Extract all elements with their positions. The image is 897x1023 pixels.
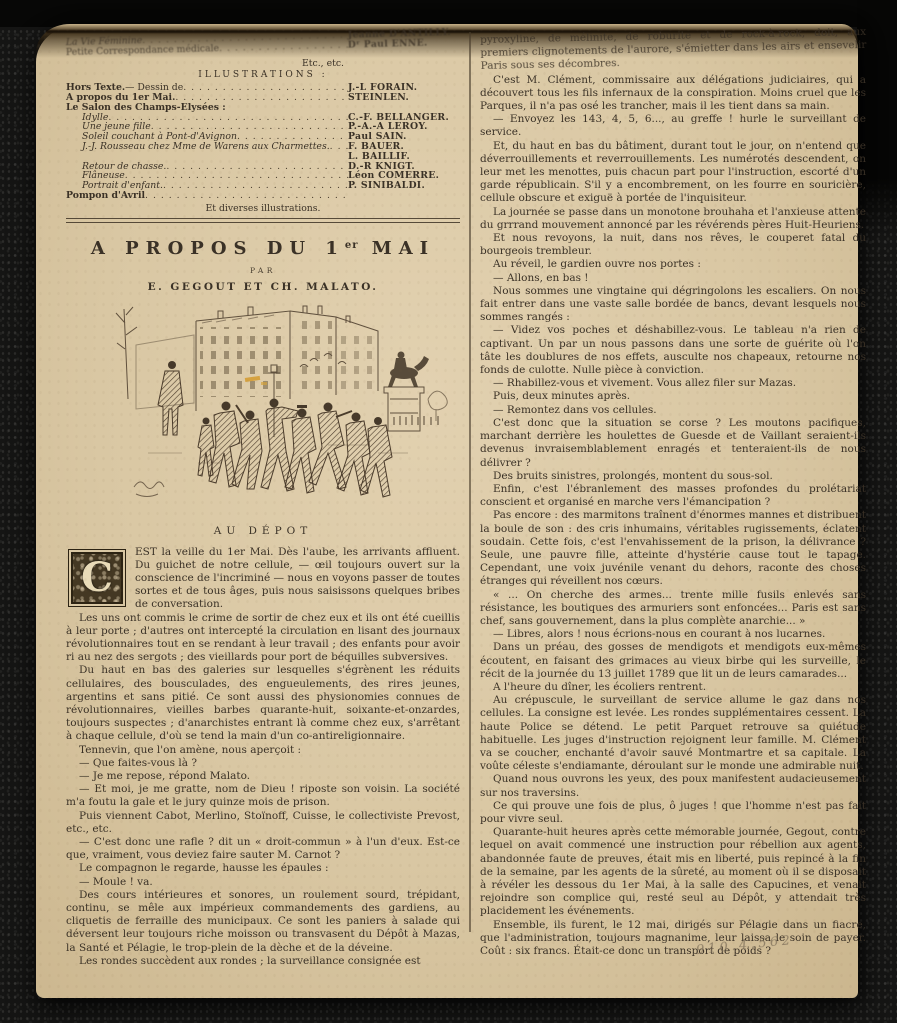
paragraph: — Rhabillez-vous et vivement. Vous allez… (480, 377, 866, 390)
paragraph: Quand nous ouvrons les yeux, des poux ma… (480, 773, 866, 799)
paragraph: Les rondes succèdent aux rondes ; la sur… (66, 955, 460, 968)
dotted-leader (163, 181, 348, 191)
toc-label: J.-J. Rousseau chez Mme de Warens aux Ch… (82, 142, 330, 152)
right-paragraphs: pyroxyline, de mélinite, de roburite et … (480, 34, 866, 958)
paragraph: Puis viennent Cabot, Merlino, Stoïnoff, … (66, 810, 460, 836)
column-divider (469, 32, 471, 932)
paragraph: Dans un préau, des gosses de mendigots e… (480, 641, 866, 681)
paragraph: — Libres, alors ! nous écrions-nous en c… (480, 628, 866, 641)
paragraph: Au crépuscule, le surveillant de service… (480, 694, 866, 773)
left-column: La Vie Féminine Jeanne D'ANTILLY. Petite… (66, 38, 460, 968)
paragraph: — C'est donc une rafle ? dit un « droit-… (66, 836, 460, 862)
drop-cap: C (68, 549, 126, 607)
paragraph: pyroxyline, de mélinite, de roburite et … (480, 26, 867, 74)
byline-par: PAR (66, 266, 460, 275)
paragraph: — Allons, en bas ! (480, 272, 866, 285)
dotted-leader (166, 162, 348, 172)
scan-background: { "toc": { "pre_rows": [ {"strong":"", "… (0, 0, 897, 1023)
article-body-left: CEST la veille du 1er Mai. Dès l'aube, l… (66, 546, 460, 969)
top-shadow-band (0, 0, 897, 27)
dotted-leader (330, 142, 348, 152)
illustration-caption: AU DÉPOT (66, 525, 460, 537)
toc-rows: Hors Texte. — Dessin de J.-L FORAIN. A p… (66, 83, 460, 201)
paragraph: Des cours intérieures et sonores, un rou… (66, 889, 460, 955)
newspaper-page: La Vie Féminine Jeanne D'ANTILLY. Petite… (36, 24, 858, 998)
illustrations-heading: ILLUSTRATIONS : (66, 71, 460, 81)
paragraph: — Moule ! va. (66, 876, 460, 889)
artist-signature (134, 481, 164, 496)
paragraph: — Que faites-vous là ? (66, 757, 460, 770)
left-paragraphs: Les uns ont commis le crime de sortir de… (66, 612, 460, 968)
paragraph: Des bruits sinistres, prolongés, montent… (480, 470, 866, 483)
paragraph: C'est M. Clément, commissaire aux déléga… (480, 74, 866, 114)
paragraph: La journée se passe dans un monotone bro… (480, 206, 866, 232)
paragraph: Pas encore : des marmitons traînent d'én… (480, 509, 866, 588)
toc-artist-name: P. SINIBALDI. (348, 181, 460, 191)
author-names: E. GEGOUT ET CH. MALATO. (66, 281, 460, 293)
article-header: A PROPOS DU 1er MAI PAR E. GEGOUT ET CH.… (66, 238, 460, 293)
toc-artist-name: STEINLEN. (348, 93, 460, 103)
paragraph: Et nous revoyons, la nuit, dans nos rêve… (480, 232, 866, 258)
dotted-leader (183, 83, 348, 93)
paragraph: « ... On cherche des armes... trente mil… (480, 589, 866, 629)
paragraph: — Videz vos poches et déshabillez-vous. … (480, 324, 866, 377)
article-illustration (78, 303, 448, 518)
paragraph: — Envoyez les 143, 4, 5, 6..., au greffe… (480, 113, 866, 139)
paragraph: Ensemble, ils furent, le 12 mai, dirigés… (480, 919, 866, 959)
toc-row: Pompon d'Avril (66, 191, 460, 201)
section-rule (66, 218, 460, 223)
paragraph: Au réveil, le gardien ouvre nos portes : (480, 258, 866, 271)
paragraph: C'est donc que la situation se corse ? L… (480, 417, 866, 470)
paragraph: — Remontez dans vos cellules. (480, 404, 866, 417)
dotted-leader (145, 191, 348, 201)
paragraph: Enfin, c'est l'ébranlement des masses pr… (480, 483, 866, 509)
paragraph: Quarante-huit heures après cette mémorab… (480, 826, 866, 918)
paragraph: A l'heure du dîner, les écoliers rentren… (480, 681, 866, 694)
page-title: A PROPOS DU 1er MAI (66, 238, 460, 259)
paragraph: Le compagnon le regarde, hausse les épau… (66, 862, 460, 875)
paragraph: Les uns ont commis le crime de sortir de… (66, 612, 460, 665)
toc-label: Petite Correspondance médicale (66, 44, 219, 58)
paragraph: — Et moi, je me gratte, nom de Dieu ! ri… (66, 783, 460, 809)
paragraph: Puis, deux minutes après. (480, 390, 866, 403)
paragraph: Nous sommes une vingtaine qui dégringolo… (480, 285, 866, 325)
toc-footer: Et diverses illustrations. (66, 204, 460, 214)
paragraph: Du haut en bas des galeries sur lesquell… (66, 664, 460, 743)
paragraph: Ce qui prouve une fois de plus, ô juges … (480, 800, 866, 826)
paragraph: — Je me repose, répond Malato. (66, 770, 460, 783)
paragraph: Tennevin, que l'on amène, nous aperçoit … (66, 744, 460, 757)
toc-etc-line: Etc., etc. (66, 59, 460, 69)
toc-label: Pompon d'Avril (66, 191, 145, 201)
toc-section: La Vie Féminine Jeanne D'ANTILLY. Petite… (66, 38, 460, 223)
toc-row: J.-J. Rousseau chez Mme de Warens aux Ch… (66, 142, 460, 162)
toc-artist-name: Dʳ Paul ENNE. (348, 37, 460, 50)
lead-paragraph: CEST la veille du 1er Mai. Dès l'aube, l… (66, 546, 460, 612)
toc-pre-rows: La Vie Féminine Jeanne D'ANTILLY. Petite… (66, 38, 460, 58)
paragraph: Et, du haut en bas du bâtiment, durant t… (480, 140, 866, 206)
right-column: pyroxyline, de mélinite, de roburite et … (480, 34, 866, 958)
